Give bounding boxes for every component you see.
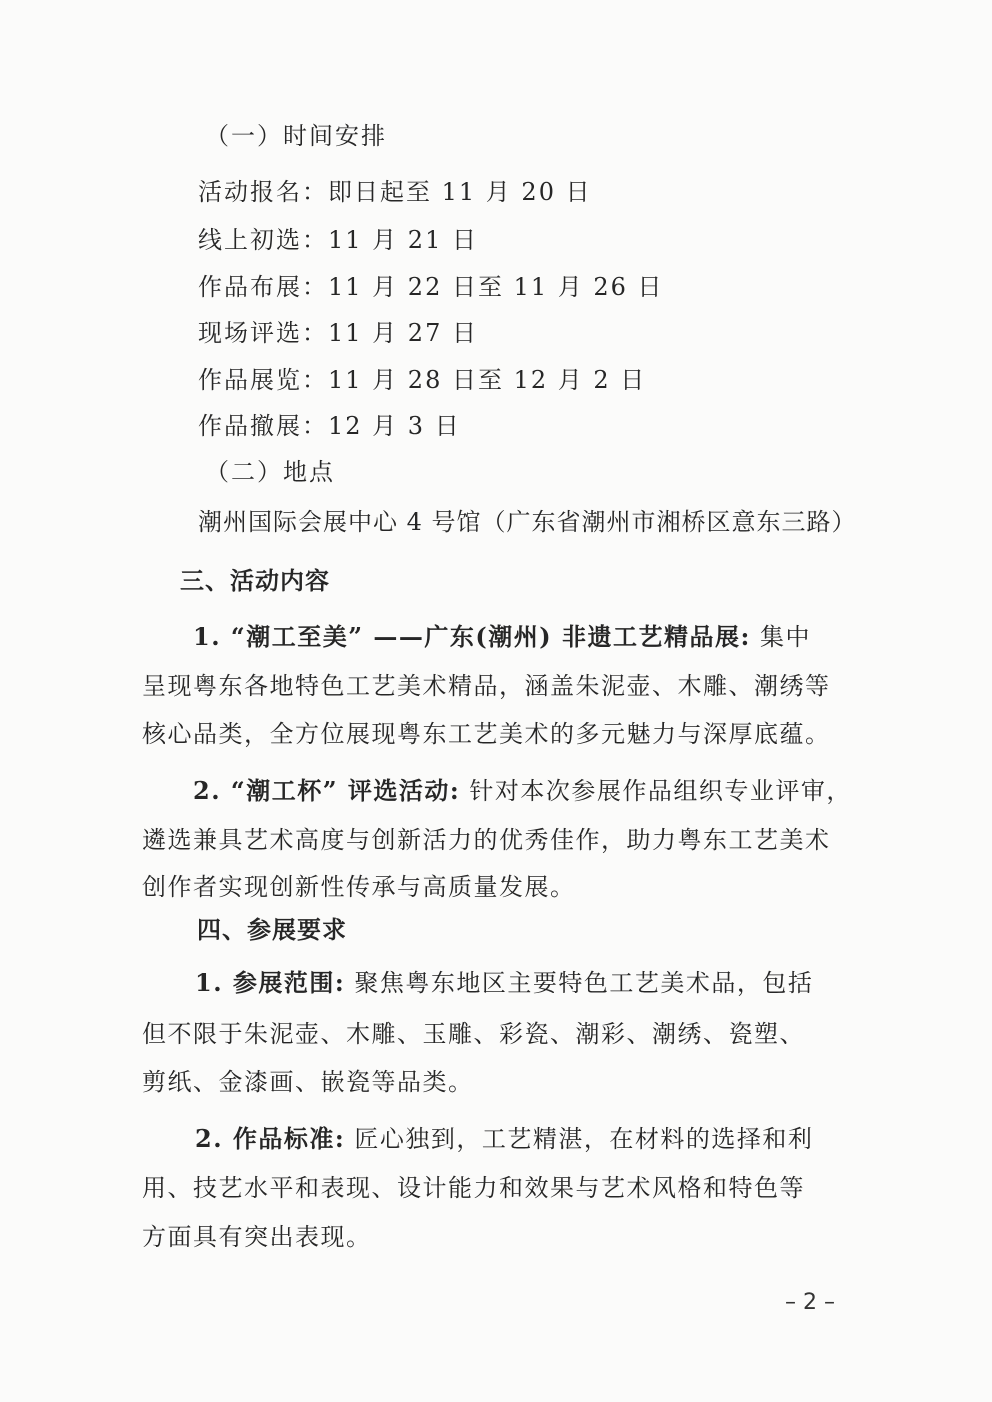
schedule-label: 作品布展：: [198, 273, 328, 301]
subsection-title-schedule: （一）时间安排: [205, 121, 387, 151]
item-text: 匠心独到，工艺精湛，在材料的选择和利: [345, 1125, 813, 1153]
schedule-value: 11 月 21 日: [328, 226, 478, 254]
item-text: 聚焦粤东地区主要特色工艺美术品，包括: [345, 969, 813, 997]
schedule-value: 11 月 27 日: [328, 319, 478, 347]
schedule-row: 活动报名：即日起至 11 月 20 日: [198, 177, 592, 207]
schedule-value: 12 月 3 日: [328, 412, 461, 440]
schedule-row: 线上初选：11 月 21 日: [198, 225, 478, 255]
section-title-activity-content: 三、活动内容: [180, 566, 330, 596]
paragraph-line: 呈现粤东各地特色工艺美术精品，涵盖朱泥壶、木雕、潮绣等: [142, 671, 831, 701]
schedule-row: 作品布展：11 月 22 日至 11 月 26 日: [198, 272, 664, 302]
paragraph-line: 2. “潮工杯” 评选活动: 针对本次参展作品组织专业评审，: [193, 776, 852, 806]
schedule-label: 线上初选：: [198, 226, 328, 254]
schedule-value: 11 月 28 日至 12 月 2 日: [328, 366, 646, 394]
paragraph-line: 用、技艺水平和表现、设计能力和效果与艺术风格和特色等: [142, 1173, 805, 1203]
subsection-title-location: （二）地点: [205, 457, 335, 487]
paragraph-line: 剪纸、金漆画、嵌瓷等品类。: [142, 1067, 474, 1097]
schedule-row: 现场评选：11 月 27 日: [198, 318, 478, 348]
page-number: – 2 –: [785, 1290, 835, 1315]
schedule-label: 作品展览：: [198, 366, 328, 394]
paragraph-line: 创作者实现创新性传承与高质量发展。: [142, 872, 576, 902]
schedule-row: 作品展览：11 月 28 日至 12 月 2 日: [198, 365, 646, 395]
item-lead: 1. “潮工至美” ——广东(潮州) 非遗工艺精品展:: [193, 622, 751, 651]
paragraph-line: 但不限于朱泥壶、木雕、玉雕、彩瓷、潮彩、潮绣、瓷塑、: [142, 1019, 805, 1049]
schedule-value: 即日起至 11 月 20 日: [328, 178, 592, 206]
location-text: 潮州国际会展中心 4 号馆（广东省潮州市湘桥区意东三路）: [198, 507, 857, 537]
schedule-label: 活动报名：: [198, 178, 328, 206]
item-text: 针对本次参展作品组织专业评审，: [460, 777, 852, 805]
paragraph-line: 1. “潮工至美” ——广东(潮州) 非遗工艺精品展: 集中: [193, 622, 811, 652]
item-lead: 2. “潮工杯” 评选活动:: [193, 776, 460, 805]
schedule-value: 11 月 22 日至 11 月 26 日: [328, 273, 664, 301]
item-lead: 2. 作品标准:: [195, 1124, 345, 1153]
schedule-label: 现场评选：: [198, 319, 328, 347]
paragraph-line: 2. 作品标准: 匠心独到，工艺精湛，在材料的选择和利: [195, 1124, 813, 1154]
paragraph-line: 遴选兼具艺术高度与创新活力的优秀佳作，助力粤东工艺美术: [142, 825, 831, 855]
paragraph-line: 方面具有突出表现。: [142, 1222, 372, 1252]
item-text: 集中: [751, 623, 811, 651]
item-lead: 1. 参展范围:: [195, 968, 345, 997]
paragraph-line: 核心品类，全方位展现粤东工艺美术的多元魅力与深厚底蕴。: [142, 719, 831, 749]
section-title-requirements: 四、参展要求: [197, 915, 347, 945]
paragraph-line: 1. 参展范围: 聚焦粤东地区主要特色工艺美术品，包括: [195, 968, 813, 998]
schedule-row: 作品撤展：12 月 3 日: [198, 411, 461, 441]
schedule-label: 作品撤展：: [198, 412, 328, 440]
